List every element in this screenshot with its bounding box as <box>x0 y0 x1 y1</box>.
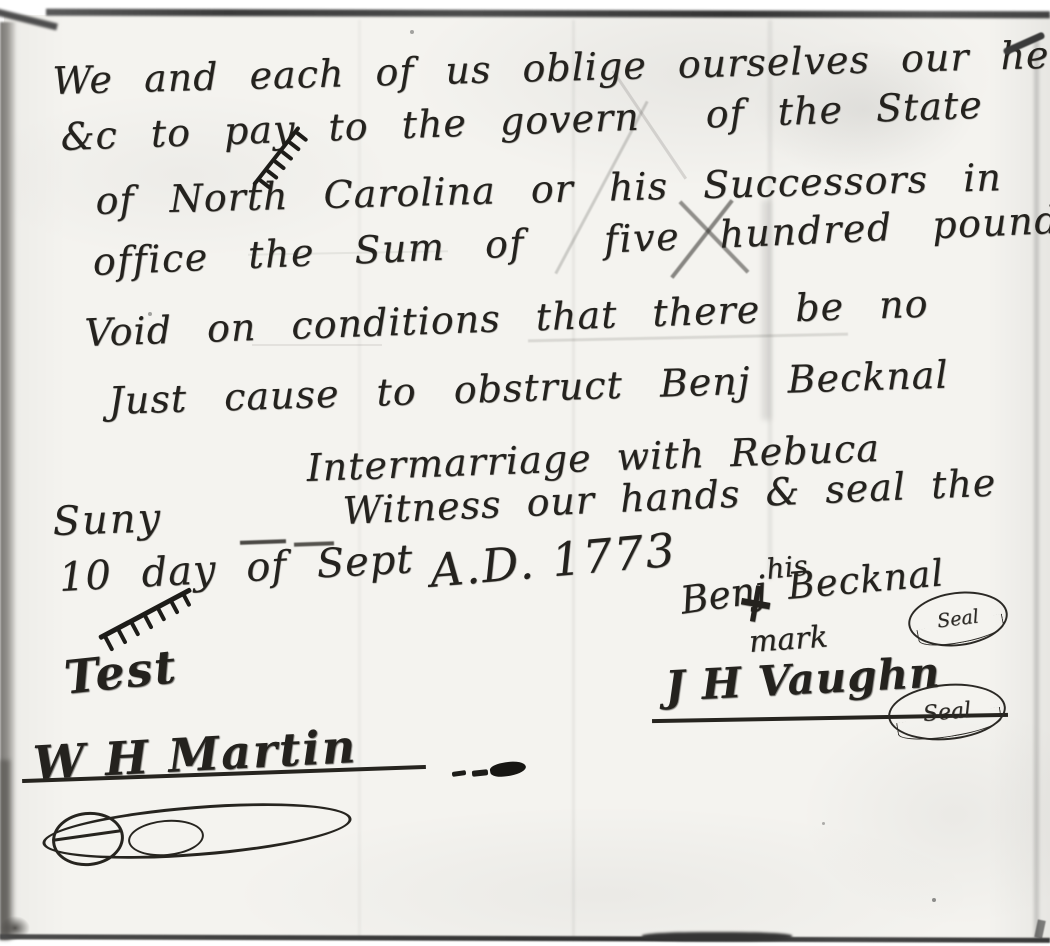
seal-label: Seal <box>936 606 980 633</box>
mark-label: mark <box>748 622 829 657</box>
scanned-document: We and each of us oblige ourselves our h… <box>0 0 1050 946</box>
attest-label: Test <box>62 643 180 701</box>
seal-label: Seal <box>922 697 972 726</box>
surname-word: Suny <box>52 498 163 542</box>
